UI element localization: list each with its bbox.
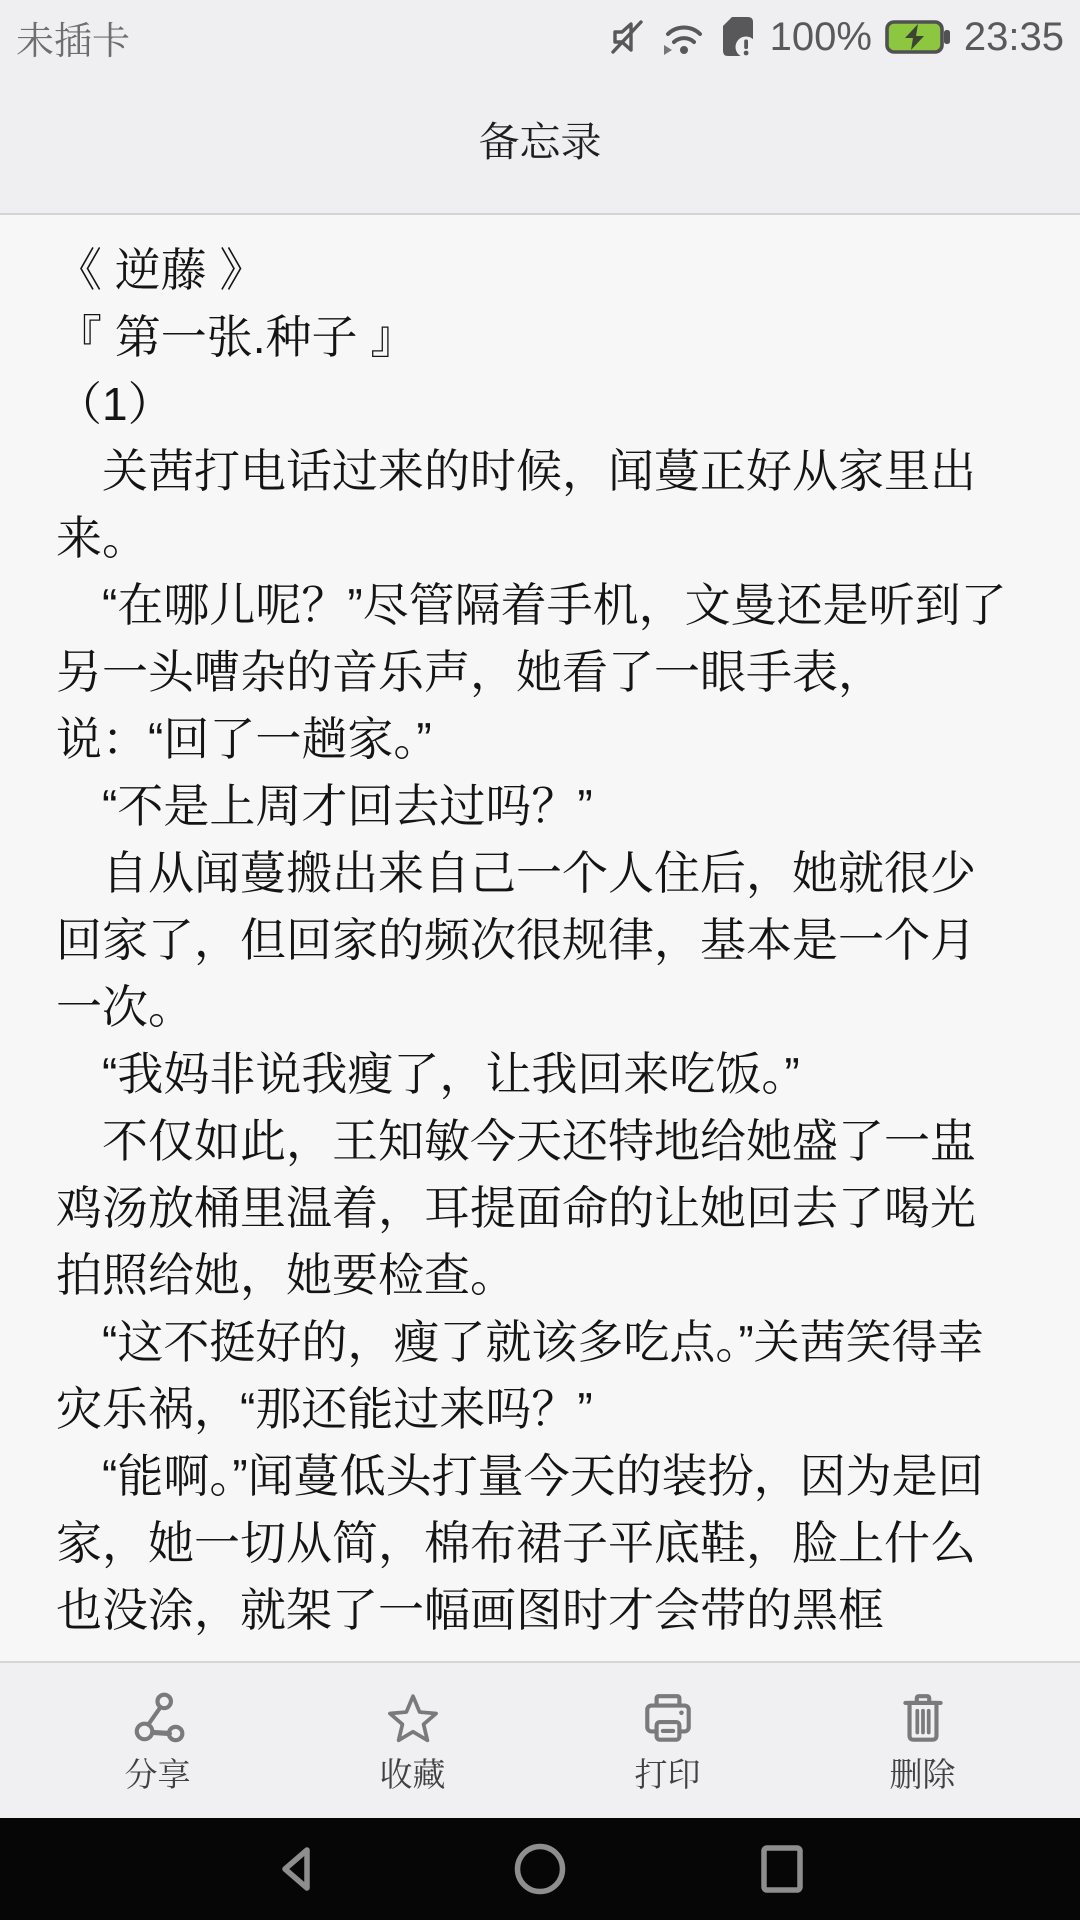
favorite-label: 收藏 xyxy=(380,1758,446,1791)
back-icon xyxy=(270,1841,326,1897)
note-chapter: 『 第一张.种子 』 xyxy=(56,304,1018,371)
note-paragraph: “这不挺好的，瘦了就该多吃点。”关茜笑得幸灾乐祸，“那还能过来吗？” xyxy=(56,1309,1018,1443)
note-content: 《 逆藤 》 『 第一张.种子 』 （1） 关茜打电话过来的时候，闻蔓正好从家里… xyxy=(0,215,1080,1661)
phone-screen: 未插卡 xyxy=(0,0,1080,1920)
print-label: 打印 xyxy=(635,1758,701,1791)
note-paragraph: 关茜打电话过来的时候，闻蔓正好从家里出来。 xyxy=(56,438,1018,572)
title-bar: 备忘录 xyxy=(0,64,1080,212)
note-paragraph: “不是上周才回去过吗？” xyxy=(56,773,1018,840)
share-icon xyxy=(129,1690,187,1748)
delete-button[interactable]: 删除 xyxy=(795,1690,1050,1791)
share-button[interactable]: 分享 xyxy=(30,1690,285,1791)
bottom-toolbar: 分享 收藏 打印 xyxy=(0,1661,1080,1818)
note-paragraph: “我妈非说我瘦了，让我回来吃饭。” xyxy=(56,1041,1018,1108)
page-title: 备忘录 xyxy=(479,109,602,168)
mute-icon xyxy=(607,17,647,57)
carrier-label: 未插卡 xyxy=(16,10,130,65)
delete-label: 删除 xyxy=(890,1758,956,1791)
note-paragraph: “能啊。”闻蔓低头打量今天的装扮，因为是回家，她一切从简，棉布裙子平底鞋，脸上什… xyxy=(56,1443,1018,1644)
status-icons: 100% 23:35 xyxy=(607,14,1064,60)
note-paragraph: 不仅如此，王知敏今天还特地给她盛了一盅鸡汤放桶里温着，耳提面命的让她回去了喝光拍… xyxy=(56,1108,1018,1309)
android-nav-bar xyxy=(0,1818,1080,1920)
battery-charging-icon xyxy=(885,19,951,55)
nav-recents-button[interactable] xyxy=(754,1841,810,1897)
note-section: （1） xyxy=(56,371,1018,438)
note-paragraph: “在哪儿呢？”尽管隔着手机，文曼还是听到了另一头嘈杂的音乐声，她看了一眼手表，说… xyxy=(56,572,1018,773)
trash-icon xyxy=(894,1690,952,1748)
printer-icon xyxy=(639,1690,697,1748)
wifi-icon xyxy=(660,17,706,57)
clock-label: 23:35 xyxy=(964,15,1064,60)
recents-icon xyxy=(754,1841,810,1897)
battery-percent-label: 100% xyxy=(770,15,872,60)
header: 未插卡 xyxy=(0,0,1080,215)
sim-alert-icon xyxy=(719,14,757,60)
nav-home-button[interactable] xyxy=(512,1841,568,1897)
print-button[interactable]: 打印 xyxy=(540,1690,795,1791)
nav-back-button[interactable] xyxy=(270,1841,326,1897)
home-icon xyxy=(512,1841,568,1897)
favorite-button[interactable]: 收藏 xyxy=(285,1690,540,1791)
note-book-title: 《 逆藤 》 xyxy=(56,237,1018,304)
note-paragraph: 自从闻蔓搬出来自己一个人住后，她就很少回家了，但回家的频次很规律，基本是一个月一… xyxy=(56,840,1018,1041)
share-label: 分享 xyxy=(125,1758,191,1791)
star-icon xyxy=(384,1690,442,1748)
status-bar: 未插卡 xyxy=(0,0,1080,64)
